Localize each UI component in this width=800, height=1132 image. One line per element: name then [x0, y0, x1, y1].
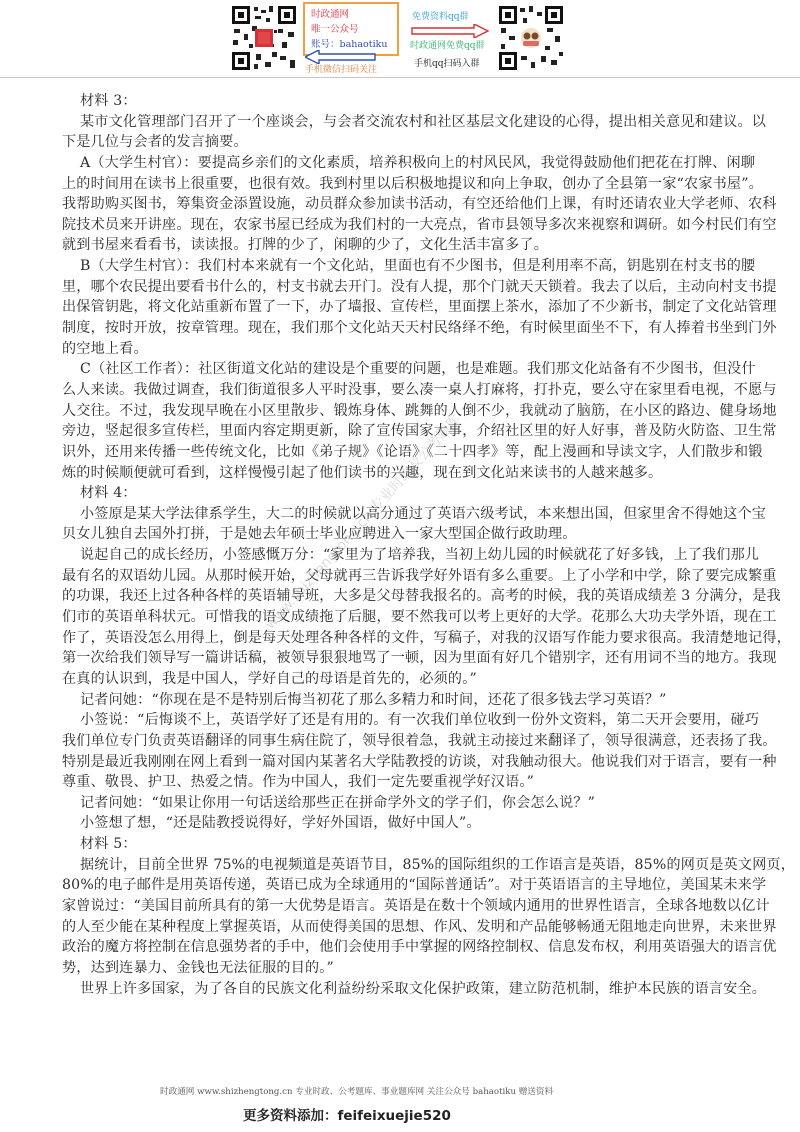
paragraph-line: 旁边，竖起很多宣传栏，里面内容定期更新，除了宣传国家大事，介绍社区里的好人好事，…: [62, 421, 762, 442]
paragraph-line: 我们单位专门负责英语翻译的同事生病住院了，领导很着急，我就主动接过来翻译了，领导…: [62, 731, 762, 752]
paragraph-line: C（社区工作者）：社区街道文化站的建设是个重要的问题，也是难题。我们那文化站备有…: [62, 359, 762, 380]
paragraph-line: 记者问她：“如果让你用一句话送给那些正在拼命学外文的学子们，你会怎么说？”: [62, 793, 762, 814]
paragraph-line: 的功课，我还上过各种各样的英语辅导班，大多是父母替我报名的。高考的时候，我的英语…: [62, 586, 762, 607]
paragraph-line: 们市的英语单科状元。可惜我的语文成绩拖了后腿，要不然我可以考上更好的大学。花那么…: [62, 607, 762, 628]
paragraph-line: A（大学生村官）：要提高乡亲们的文化素质，培养积极向上的村风民风，我觉得鼓励他们…: [62, 153, 762, 174]
paragraph-line: 说起自己的成长经历，小签感慨万分：“家里为了培养我，当初上幼儿园的时候就花了好多…: [62, 545, 762, 566]
paragraph-line: 政治的魔方将控制在信息强势者的手中，他们会使用手中掌握的网络控制权、信息发布权，…: [62, 937, 762, 958]
qr-code-icon: [497, 4, 565, 72]
paragraph-line: 最有名的双语幼儿园。从那时候开始，父母就再三告诉我学好外语有多么重要。上了小学和…: [62, 566, 762, 587]
paragraph-line: 上的时间用在读书上很重要，也很有效。我到村里以后积极地提议和向上争取，创办了全县…: [62, 174, 762, 195]
promo-site-name: 时政通网: [311, 7, 391, 22]
official-account-promo-box: 时政通网 唯一公众号 账号：bahaotiku: [303, 2, 399, 56]
paragraph-line: 就到书屋来看看书，读读报。打牌的少了，闲聊的少了，文化生活丰富多了。: [62, 235, 762, 256]
paragraph-line: B（大学生村官）：我们村本来就有一个文化站，里面也有不少图书，但是利用率不高，钥…: [62, 256, 762, 277]
paragraph-line: 第一次给我们领导写一篇讲话稿，被领导狠狠地骂了一顿，因为里面有好几个错别字，还有…: [62, 648, 762, 669]
paragraph-line: 出保管钥匙，将文化站重新布置了一下，办了墙报、宣传栏，里面摆上茶水，添加了不少新…: [62, 297, 762, 318]
paragraph-line: 小签想了想，“还是陆教授说得好，学好外国语，做好中国人”。: [62, 813, 762, 834]
paragraph-line: 的空地上看。: [62, 339, 762, 360]
section-heading-material-4: 材料 4：: [62, 483, 762, 504]
paragraph-line: 在真的认识到，我是中国人，学好自己的母语是首先的，必须的。”: [62, 669, 762, 690]
qr-code-icon: [230, 4, 298, 72]
qq-group-name: 时政通网免费qq群: [410, 38, 485, 51]
paragraph-line: 么人来读。我做过调查，我们街道很多人平时没事，要么凑一桌人打麻将，打扑克，要么守…: [62, 380, 762, 401]
footer-more-label: 更多资料添加：: [243, 1108, 338, 1124]
paragraph-line: 世界上许多国家，为了各自的民族文化利益纷纷采取文化保护政策，建立防范机制，维护本…: [62, 979, 762, 1000]
footer-site-info: 时政通网 www.shizhengtong.cn 专业时政、公考题库、事业题库网…: [160, 1085, 553, 1097]
paragraph-line: 里，哪个农民提出要看书什么的，村支书就去开门。没有人提，那个门就天天锁着。我去了…: [62, 277, 762, 298]
paragraph-line: 80%的电子邮件是用英语传递，英语已成为全球通用的“国际普通话”。对于英语语言的…: [62, 875, 762, 896]
paragraph-line: 我帮助购买图书，筹集资金添置设施，动员群众参加读书活动，有空还给他们上课，有时还…: [62, 194, 762, 215]
header-banner: 时政通网 唯一公众号 账号：bahaotiku 手机微信扫码关注 免费资料qq群…: [0, 0, 800, 78]
wechat-qr-code[interactable]: [230, 4, 298, 72]
section-heading-material-5: 材料 5：: [62, 834, 762, 855]
paragraph-line: 作了，英语没怎么用得上，倒是每天处理各种各样的文件，写稿子，对我的汉语写作能力要…: [62, 628, 762, 649]
qq-scan-caption: 手机qq扫码入群: [414, 56, 480, 69]
paragraph-line: 记者问她：“你现在是不是特别后悔当初花了那么多精力和时间，还花了很多钱去学习英语…: [62, 690, 762, 711]
wechat-follow-caption: 手机微信扫码关注: [305, 62, 377, 75]
free-material-qq-group-label: 免费资料qq群: [412, 9, 469, 22]
section-heading-material-3: 材料 3：: [62, 91, 762, 112]
paragraph-line: 小签原是某大学法律系学生，大二的时候就以高分通过了英语六级考试，本来想出国，但家…: [62, 504, 762, 525]
header-divider: [0, 77, 800, 78]
paragraph-line: 制度，按时开放，按章管理。现在，我们那个文化站天天村民络绎不绝，有时候里面坐不下…: [62, 318, 762, 339]
paragraph-line: 某市文化管理部门召开了一个座谈会，与会者交流农村和社区基层文化建设的心得，提出相…: [62, 112, 762, 133]
footer-contact-id: feifeixuejie520: [338, 1108, 451, 1124]
paragraph-line: 贝女儿独自去国外打拼，于是她去年硕士毕业应聘进入一家大型国企做行政助理。: [62, 524, 762, 545]
document-body: 材料 3： 某市文化管理部门召开了一个座谈会，与会者交流农村和社区基层文化建设的…: [62, 91, 762, 999]
paragraph-line: 小签说：“后悔谈不上，英语学好了还是有用的。有一次我们单位收到一份外文资料，第二…: [62, 710, 762, 731]
qq-group-qr-code[interactable]: [497, 4, 565, 72]
paragraph-line: 院技术员来开讲座。现在，农家书屋已经成为我们村的一大亮点，省市县领导多次来视察和…: [62, 215, 762, 236]
arrow-right-icon: [410, 24, 490, 38]
paragraph-line: 特别是最近我刚刚在网上看到一篇对国内某著名大学陆教授的访谈，对我触动很大。他说我…: [62, 752, 762, 773]
promo-unique-account: 唯一公众号: [311, 22, 391, 37]
paragraph-line: 识外，还用来传播一些传统文化，比如《弟子规》《论语》《二十四孝》等，配上漫画和导…: [62, 442, 762, 463]
paragraph-line: 势，达到连暴力、金钱也无法征服的目的。”: [62, 958, 762, 979]
paragraph-line: 下是几位与会者的发言摘要。: [62, 132, 762, 153]
paragraph-line: 据统计，目前全世界 75%的电视频道是英语节目，85%的国际组织的工作语言是英语…: [62, 855, 762, 876]
paragraph-line: 人交往。不过，我发现早晚在小区里散步、锻炼身体、跳舞的人倒不少，我就动了脑筋，在…: [62, 401, 762, 422]
footer-more-materials: 更多资料添加：feifeixuejie520: [243, 1104, 451, 1124]
paragraph-line: 家曾说过：“美国目前所具有的第一大优势是语言。英语是在数十个领域内通用的世界性语…: [62, 896, 762, 917]
paragraph-line: 尊重、敬畏、护卫、热爱之情。作为中国人，我们一定先要重视学好汉语。”: [62, 772, 762, 793]
paragraph-line: 的人至少能在某种程度上掌握英语，从而使得美国的思想、作风、发明和产品能够畅通无阻…: [62, 917, 762, 938]
paragraph-line: 炼的时候顺便就可看到，这样慢慢引起了他们读书的兴趣，现在到文化站来读书的人越来越…: [62, 463, 762, 484]
